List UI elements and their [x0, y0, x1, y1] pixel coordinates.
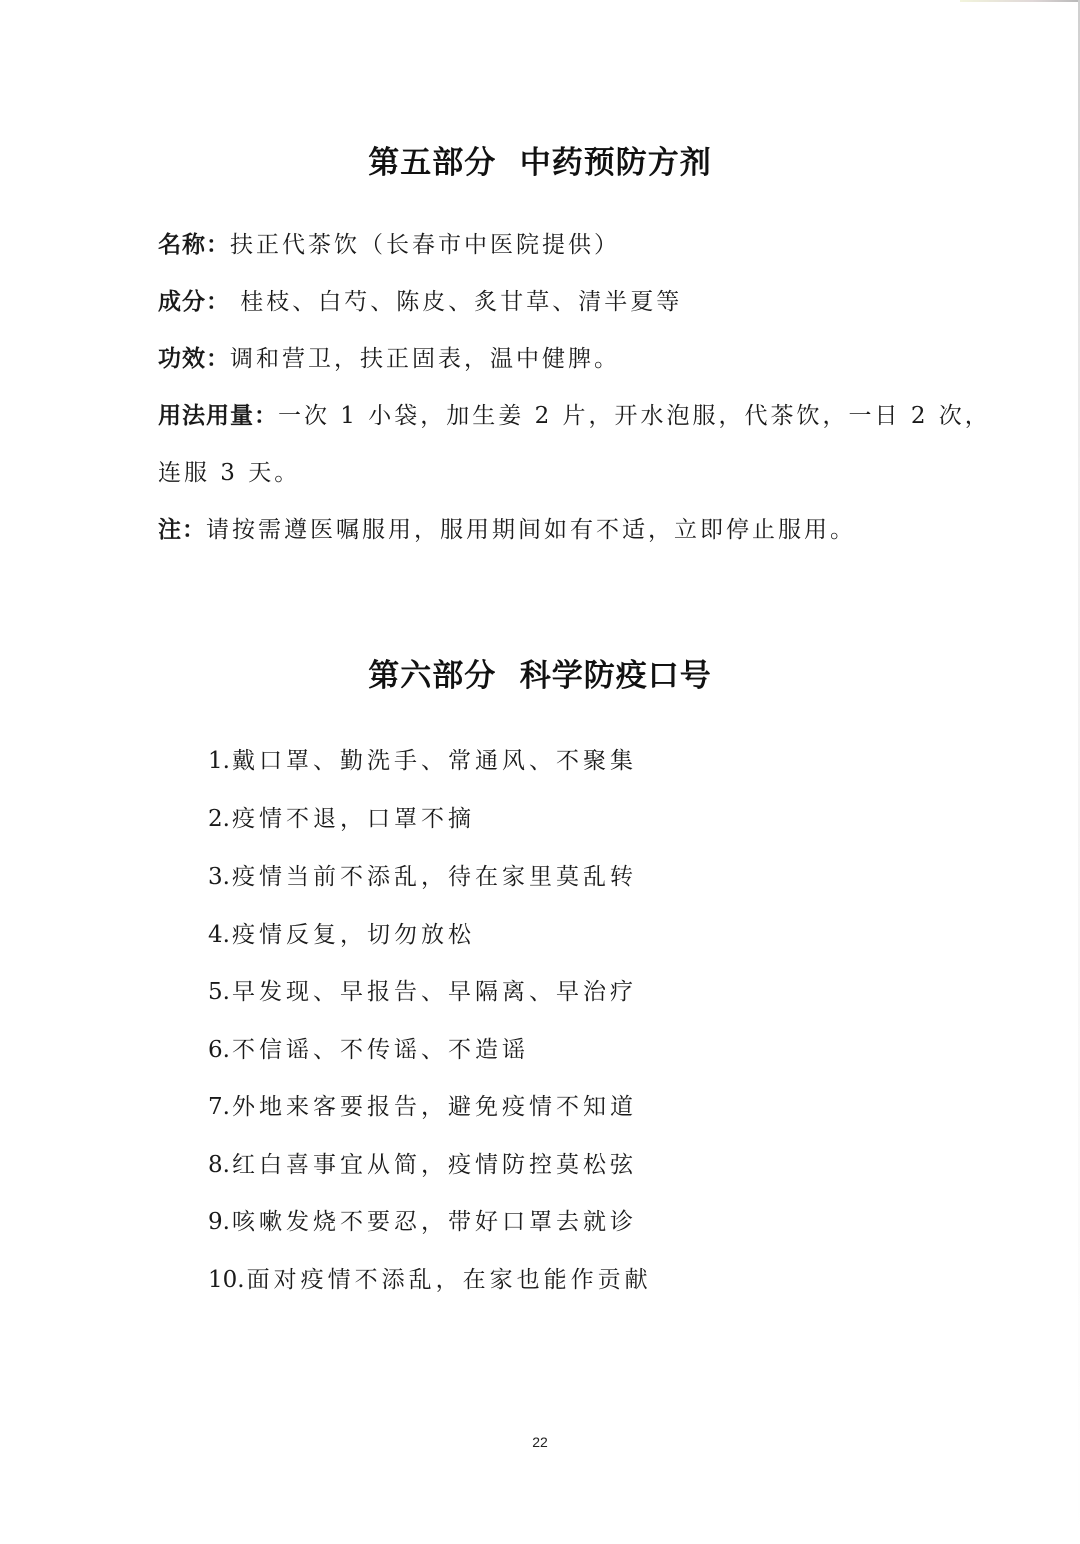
field-ingredients: 成分： 桂枝、白芍、陈皮、炙甘草、清半夏等 [158, 283, 682, 316]
field-ingredients-value: 桂枝、白芍、陈皮、炙甘草、清半夏等 [230, 289, 682, 315]
slogan-item: 4.疫情反复，切勿放松 [208, 916, 475, 949]
field-name-value: 扶正代茶饮（长春市中医院提供） [230, 232, 620, 258]
field-note: 注：请按需遵医嘱服用，服用期间如有不适，立即停止服用。 [158, 511, 856, 544]
field-effect: 功效：调和营卫，扶正固表，温中健脾。 [158, 340, 620, 373]
slogan-item: 7.外地来客要报告，避免疫情不知道 [208, 1088, 637, 1121]
slogan-text: 红白喜事宜从简，疫情防控莫松弦 [232, 1152, 637, 1178]
field-dosage: 用法用量：一次 1 小袋，加生姜 2 片，开水泡服，代茶饮，一日 2 次， [158, 397, 991, 430]
field-name-label: 名称： [158, 232, 230, 258]
slogan-number: 8. [208, 1152, 230, 1178]
field-dosage-value-cont: 连服 3 天。 [158, 460, 300, 486]
slogan-item: 6.不信谣、不传谣、不造谣 [208, 1031, 529, 1064]
slogan-text: 外地来客要报告，避免疫情不知道 [232, 1094, 637, 1120]
page-number: 22 [0, 1434, 1080, 1450]
field-note-label: 注： [158, 517, 206, 543]
slogan-number: 10. [208, 1267, 245, 1293]
slogan-text: 不信谣、不传谣、不造谣 [232, 1037, 529, 1063]
slogan-number: 6. [208, 1037, 230, 1063]
field-dosage-value: 一次 1 小袋，加生姜 2 片，开水泡服，代茶饮，一日 2 次， [278, 403, 991, 429]
slogan-text: 疫情反复，切勿放松 [232, 922, 475, 948]
slogan-text: 戴口罩、勤洗手、常通风、不聚集 [232, 748, 637, 774]
slogan-item: 10.面对疫情不添乱，在家也能作贡献 [208, 1261, 652, 1294]
slogan-item: 8.红白喜事宜从简，疫情防控莫松弦 [208, 1146, 637, 1179]
field-ingredients-label: 成分： [158, 289, 230, 315]
scan-edge-top [960, 0, 1080, 2]
slogan-item: 3.疫情当前不添乱，待在家里莫乱转 [208, 858, 637, 891]
field-dosage-continued: 连服 3 天。 [158, 454, 300, 487]
field-note-value: 请按需遵医嘱服用，服用期间如有不适，立即停止服用。 [206, 517, 856, 543]
slogan-number: 7. [208, 1094, 230, 1120]
slogan-text: 疫情当前不添乱，待在家里莫乱转 [232, 864, 637, 890]
field-name: 名称：扶正代茶饮（长春市中医院提供） [158, 226, 620, 259]
slogan-text: 咳嗽发烧不要忍，带好口罩去就诊 [232, 1209, 637, 1235]
slogan-number: 2. [208, 806, 230, 832]
section5-title: 第五部分 中药预防方剂 [0, 137, 1080, 182]
slogan-number: 3. [208, 864, 230, 890]
slogan-text: 疫情不退，口罩不摘 [232, 806, 475, 832]
slogan-number: 9. [208, 1209, 230, 1235]
section6-title: 第六部分 科学防疫口号 [0, 650, 1080, 695]
slogan-item: 5.早发现、早报告、早隔离、早治疗 [208, 973, 637, 1006]
field-dosage-label: 用法用量： [158, 403, 278, 429]
slogan-item: 2.疫情不退，口罩不摘 [208, 800, 475, 833]
slogan-text: 面对疫情不添乱，在家也能作贡献 [247, 1267, 652, 1293]
slogan-number: 4. [208, 922, 230, 948]
field-effect-value: 调和营卫，扶正固表，温中健脾。 [230, 346, 620, 372]
slogan-number: 1. [208, 748, 230, 774]
document-page: 第五部分 中药预防方剂 名称：扶正代茶饮（长春市中医院提供） 成分： 桂枝、白芍… [0, 0, 1080, 1544]
slogan-item: 1.戴口罩、勤洗手、常通风、不聚集 [208, 742, 637, 775]
field-effect-label: 功效： [158, 346, 230, 372]
slogan-number: 5. [208, 979, 230, 1005]
slogan-text: 早发现、早报告、早隔离、早治疗 [232, 979, 637, 1005]
slogan-item: 9.咳嗽发烧不要忍，带好口罩去就诊 [208, 1203, 637, 1236]
